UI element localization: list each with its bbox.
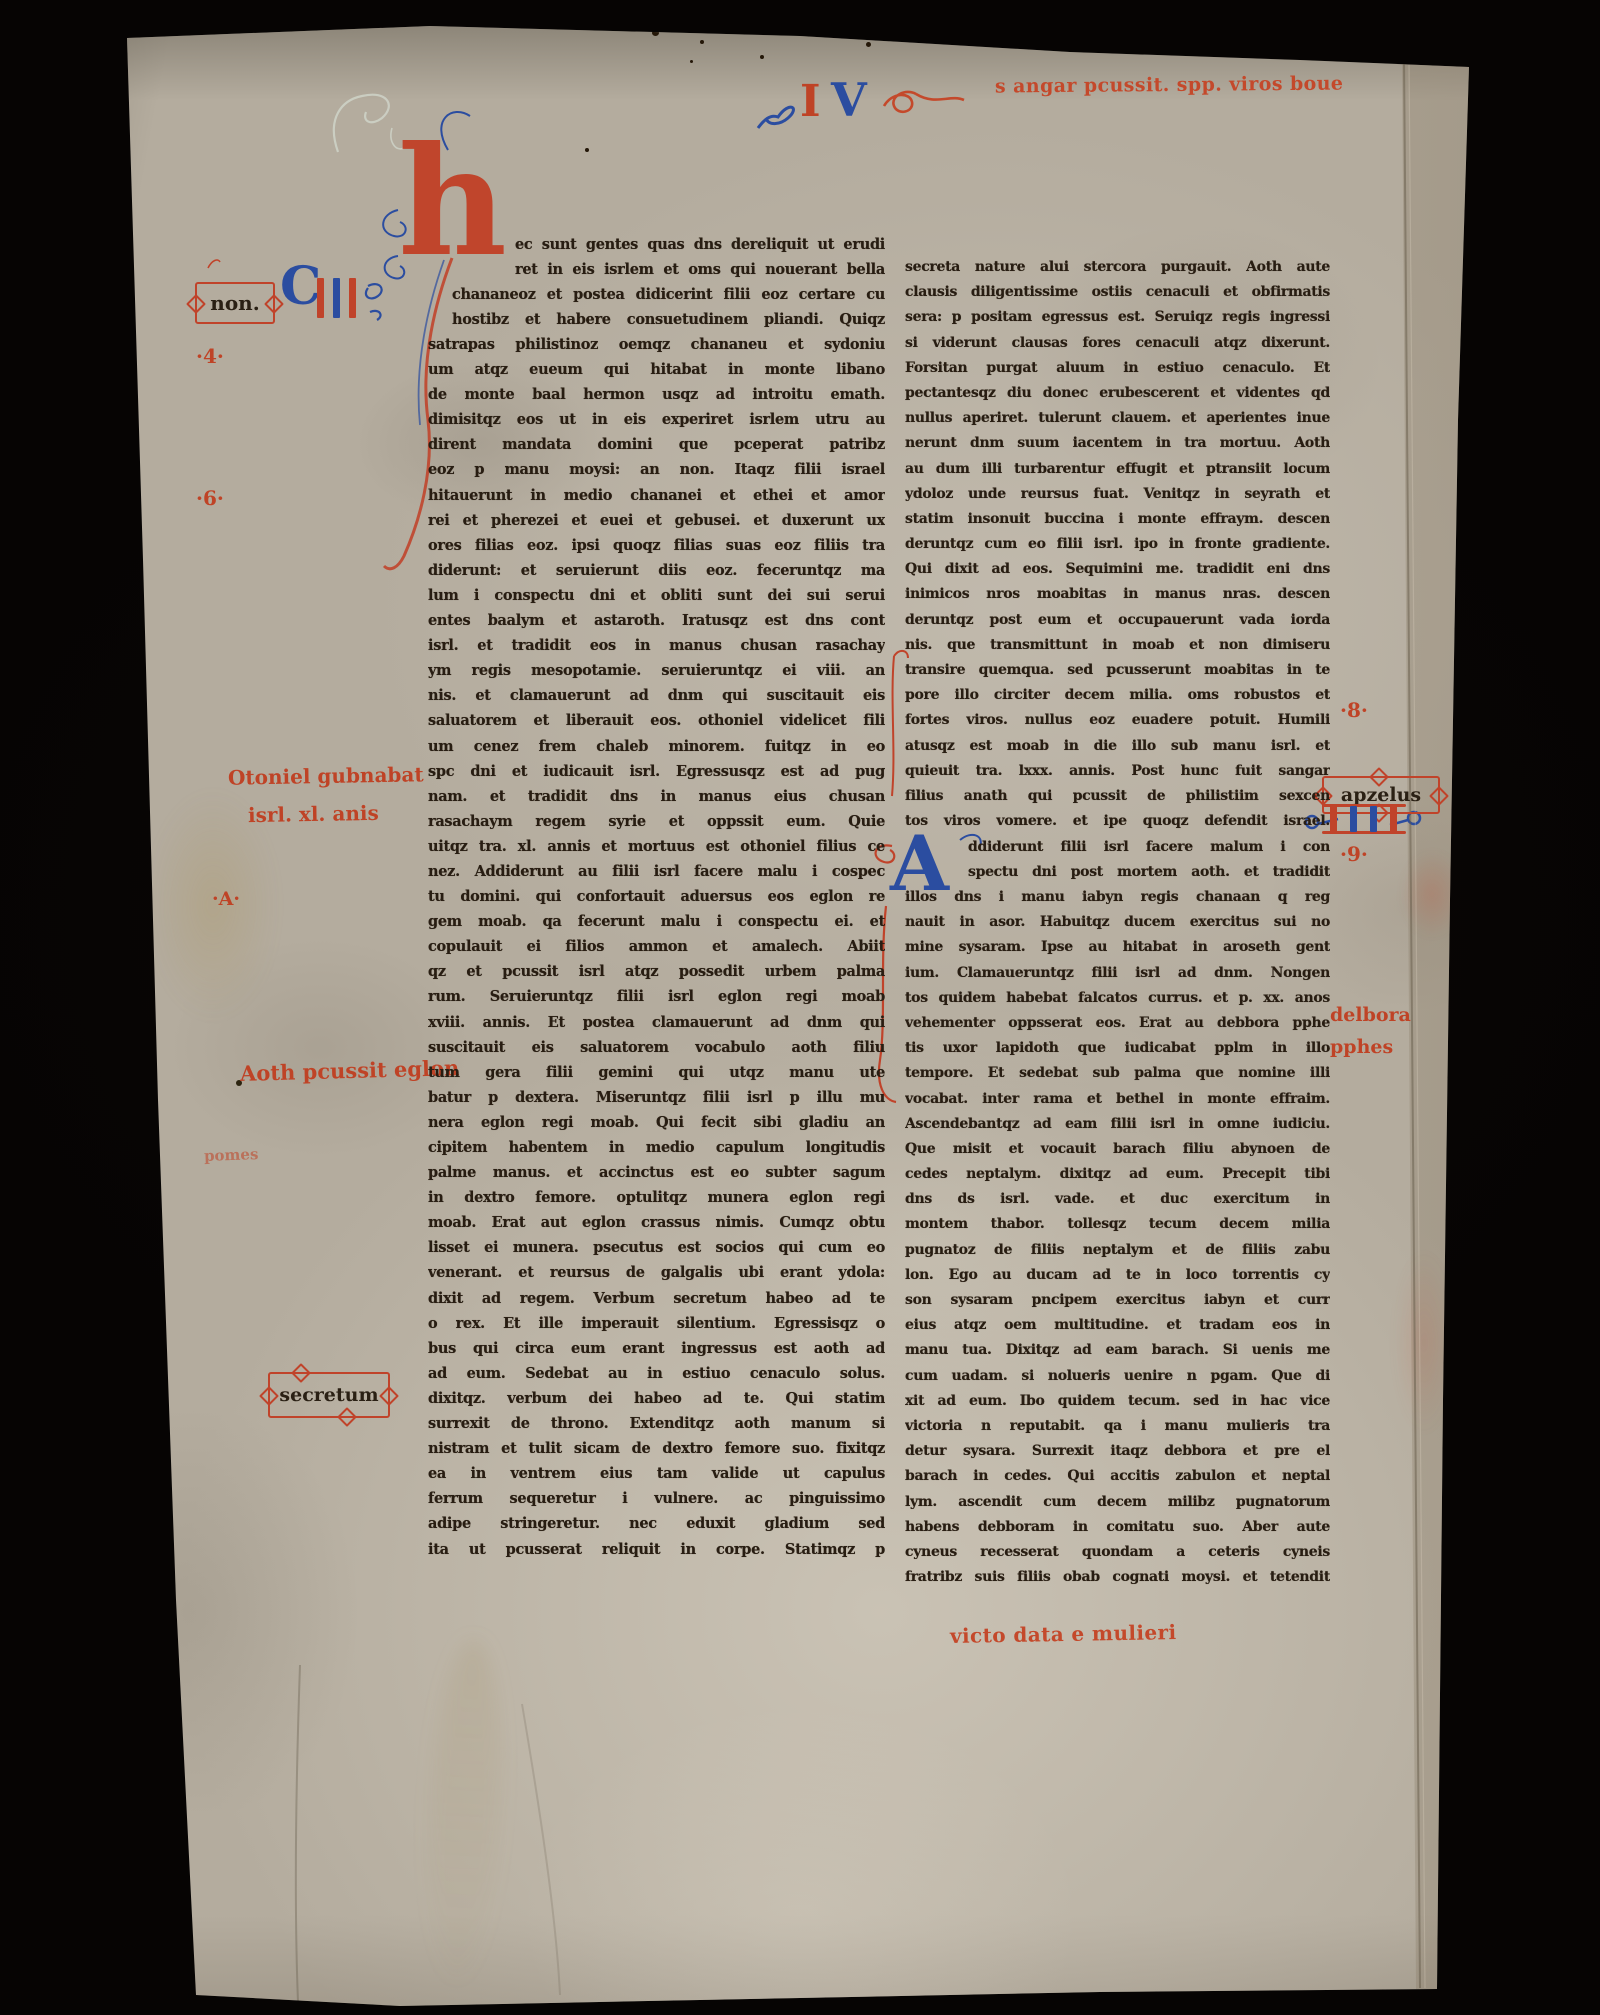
left-column-opening-lines: ec sunt gentes quas dns dereliquit ut er… bbox=[515, 232, 885, 282]
pomes-note: pomes bbox=[204, 1145, 259, 1165]
text-line: nerunt dnm suum iacentem in tra mortuu. … bbox=[905, 431, 1330, 456]
text-line: uitqz tra. xl. annis et mortuus est otho… bbox=[428, 834, 885, 859]
text-line: inimicos nros moabitas in manus nras. de… bbox=[905, 582, 1330, 607]
text-line: nam. et tradidit dns in manus eius chusa… bbox=[428, 784, 885, 809]
text-line: cum uadam. si nolueris uenire n pgam. Qu… bbox=[905, 1364, 1330, 1389]
text-line: nis. et clamauerunt ad dnm qui suscitaui… bbox=[428, 683, 885, 708]
text-line: dirent mandata domini que pceperat patri… bbox=[428, 432, 885, 457]
text-line: pore illo circiter decem milia. oms robu… bbox=[905, 683, 1330, 708]
text-line: nistram et tulit sicam de dextro femore … bbox=[428, 1436, 885, 1461]
right-column-body-b: illos dns i manu iabyn regis chanaan q r… bbox=[905, 885, 1330, 1590]
chapter-non-box: non. bbox=[195, 282, 275, 324]
numeral-stroke bbox=[1330, 806, 1337, 832]
header-numeral-i: I bbox=[800, 84, 821, 119]
text-line: xviii. annis. Et postea clamauerunt ad d… bbox=[428, 1010, 885, 1035]
text-line: ea in ventrem eius tam valide ut capulus bbox=[428, 1461, 885, 1486]
text-line: hostibz et habere consuetudinem pliandi.… bbox=[452, 307, 885, 332]
text-line: filius anath qui pcussit de philistiim s… bbox=[905, 784, 1330, 809]
text-line: tempore. Et sedebat sub palma que nomine… bbox=[905, 1061, 1330, 1086]
aoth-note: Aoth pcussit eglon bbox=[240, 1055, 460, 1086]
numeral-stroke bbox=[1350, 806, 1357, 832]
text-line: de monte baal hermon usqz ad introitu em… bbox=[428, 382, 885, 407]
text-line: ym regis mesopotamie. seruieruntqz ei vi… bbox=[428, 658, 885, 683]
capitulum-c: C bbox=[280, 266, 321, 308]
text-line: um cenez frem chaleb minorem. fuitqz in … bbox=[428, 734, 885, 759]
text-line: manu tua. Dixitqz ad eam barach. Si ueni… bbox=[905, 1338, 1330, 1363]
margin-mark-6: ·6· bbox=[196, 486, 224, 510]
secretum-box: secretum bbox=[268, 1372, 390, 1418]
text-line: tos quidem habebat falcatos currus. et p… bbox=[905, 986, 1330, 1011]
text-line: cipitem habentem in medio capulum longit… bbox=[428, 1135, 885, 1160]
text-line: venerant. et reursus de galgalis ubi era… bbox=[428, 1260, 885, 1285]
box-spike bbox=[291, 1363, 311, 1383]
text-line: dixit ad regem. Verbum secretum habeo ad… bbox=[428, 1286, 885, 1311]
ink-speck bbox=[690, 60, 693, 63]
text-line: lon. Ego au ducam ad te in loco torrenti… bbox=[905, 1263, 1330, 1288]
text-line: gem moab. qa fecerunt malu i conspectu e… bbox=[428, 909, 885, 934]
text-line: secreta nature alui stercora purgauit. A… bbox=[905, 255, 1330, 280]
thread-hair bbox=[334, 95, 404, 152]
text-line: lum i conspectu dni et obliti sunt dei s… bbox=[428, 583, 885, 608]
delbora-note-line2: pphes bbox=[1330, 1036, 1393, 1058]
bottom-streak-stain bbox=[421, 1638, 509, 1981]
right-column-chapter4-opening: ddiderunt filii isrl facere malum i cons… bbox=[968, 835, 1330, 885]
text-line: entes baalym et astaroth. Iratusqz est d… bbox=[428, 608, 885, 633]
margin-mark-a: ·A· bbox=[212, 888, 240, 910]
text-line: nullus aperiret. tulerunt clauem. et ape… bbox=[905, 406, 1330, 431]
otoniel-note-line2: isrl. xl. anis bbox=[248, 801, 379, 827]
ink-speck bbox=[668, 22, 673, 27]
text-line: um atqz eueum qui hitabat in monte liban… bbox=[428, 357, 885, 382]
right-column-body-a: secreta nature alui stercora purgauit. A… bbox=[905, 255, 1330, 834]
text-line: illos dns i manu iabyn regis chanaan q r… bbox=[905, 885, 1330, 910]
text-line: ec sunt gentes quas dns dereliquit ut er… bbox=[515, 232, 885, 257]
apzelus-label: apzelus bbox=[1341, 784, 1421, 806]
text-line: rum. Seruieruntqz filii isrl eglon regi … bbox=[428, 984, 885, 1009]
text-line: detur sysara. Surrexit itaqz debbora et … bbox=[905, 1439, 1330, 1464]
ink-speck bbox=[845, 30, 853, 37]
text-line: tis uxor lapidoth que iudicabat pplm in … bbox=[905, 1036, 1330, 1061]
text-line: diderunt: et seruierunt diis eoz. feceru… bbox=[428, 558, 885, 583]
footer-note: victo data e mulieri bbox=[950, 1620, 1177, 1648]
text-line: Ascendebantqz ad eam filii isrl in omne … bbox=[905, 1112, 1330, 1137]
text-line: au dum illi turbarentur effugit et ptran… bbox=[905, 457, 1330, 482]
ink-speck bbox=[652, 30, 659, 36]
otoniel-note-line1: Otoniel gubnabat bbox=[228, 762, 424, 789]
text-line: rei et pherezei et euei et gebusei. et d… bbox=[428, 508, 885, 533]
text-line: habens debboram in comitatu suo. Aber au… bbox=[905, 1515, 1330, 1540]
text-line: spc dni et iudicauit isrl. Egressusqz es… bbox=[428, 759, 885, 784]
capitulum-flourish bbox=[366, 284, 382, 320]
text-line: lym. ascendit cum decem milibz pugnatoru… bbox=[905, 1490, 1330, 1515]
text-line: ret in eis isrlem et oms qui nouerant be… bbox=[515, 257, 885, 282]
capitulum-stroke bbox=[317, 278, 324, 318]
ink-speck bbox=[760, 55, 764, 59]
text-line: Qui dixit ad eos. Sequimini me. tradidit… bbox=[905, 557, 1330, 582]
text-line: ydoloz unde reursus fuat. Venitqz in sey… bbox=[905, 482, 1330, 507]
text-line: quieuit tra. lxxx. annis. Post hunc fuit… bbox=[905, 759, 1330, 784]
text-line: cyneus recesserat quondam a ceteris cyne… bbox=[905, 1540, 1330, 1565]
numeral-stroke bbox=[1390, 806, 1397, 832]
text-line: nera eglon regi moab. Qui fecit sibi gla… bbox=[428, 1110, 885, 1135]
text-line: deruntqz post eum et occupauerunt vada i… bbox=[905, 608, 1330, 633]
left-column-indent-lines: chananeoz et postea didicerint filii eoz… bbox=[452, 282, 885, 332]
text-line: tu domini. qui confortauit aduersus eos … bbox=[428, 884, 885, 909]
text-line: Que misit et vocauit barach filiu abynoe… bbox=[905, 1137, 1330, 1162]
text-line: pugnatoz de filiis neptalym et de filiis… bbox=[905, 1238, 1330, 1263]
text-line: barach in cedes. Qui accitis zabulon et … bbox=[905, 1464, 1330, 1489]
text-line: tos viros vomere. et ipe quoqz defendit … bbox=[905, 809, 1330, 834]
text-line: nis. que transmittunt in moab et non dim… bbox=[905, 633, 1330, 658]
text-line: bus qui circa eum erant ingressus est ao… bbox=[428, 1336, 885, 1361]
secretum-label: secretum bbox=[279, 1384, 378, 1406]
margin-mark-9: ·9· bbox=[1340, 842, 1368, 866]
text-line: vehementer oppsserat eos. Erat au debbor… bbox=[905, 1011, 1330, 1036]
capitulum-stroke bbox=[349, 278, 356, 318]
ink-speck bbox=[700, 40, 704, 44]
text-line: pectantesqz diu donec erubescerent et vi… bbox=[905, 381, 1330, 406]
text-line: xit ad eum. Ibo quidem tecum. sed in hac… bbox=[905, 1389, 1330, 1414]
margin-mark-4: ·4· bbox=[196, 344, 224, 368]
text-line: qz et pcussit isrl atqz possedit urbem p… bbox=[428, 959, 885, 984]
text-line: montem thabor. tollesqz tecum decem mili… bbox=[905, 1212, 1330, 1237]
header-rubric: s angar pcussit. spp. viros boue bbox=[995, 72, 1344, 97]
initial-h: h bbox=[398, 142, 507, 262]
text-line: nauit in asor. Habuitqz ducem exercitus … bbox=[905, 910, 1330, 935]
box-spike bbox=[337, 1407, 357, 1427]
text-line: dixitqz. verbum dei habeo ad te. Qui sta… bbox=[428, 1386, 885, 1411]
text-line: nez. Addiderunt au filii isrl facere mal… bbox=[428, 859, 885, 884]
text-line: victoria n reputabit. qa i manu mulieris… bbox=[905, 1414, 1330, 1439]
text-line: satrapas philistinoz oemqz chananeu et s… bbox=[428, 332, 885, 357]
text-line: batur p dextera. Miseruntqz filii isrl p… bbox=[428, 1085, 885, 1110]
ink-speck bbox=[866, 42, 871, 47]
chapter-iiii-numeral bbox=[1322, 804, 1406, 834]
text-line: saluatorem et liberauit eos. othoniel vi… bbox=[428, 708, 885, 733]
capitulum-stroke bbox=[333, 278, 340, 318]
manuscript-photo: I V s angar pcussit. spp. viros boue non… bbox=[0, 0, 1600, 2015]
delbora-note-line1: delbora bbox=[1330, 1004, 1411, 1026]
margin-mark-8: ·8· bbox=[1340, 698, 1368, 722]
text-line: rasachaym regem syrie et oppssit eum. Qu… bbox=[428, 809, 885, 834]
text-line: cedes neptalym. dixitqz ad eum. Precepit… bbox=[905, 1162, 1330, 1187]
text-line: isrl. et tradidit eos in manus chusan ra… bbox=[428, 633, 885, 658]
text-line: adipe stringeretur. nec eduxit gladium s… bbox=[428, 1511, 885, 1536]
text-line: palme manus. et accinctus est eo subter … bbox=[428, 1160, 885, 1185]
parchment-leaf: I V s angar pcussit. spp. viros boue non… bbox=[0, 0, 1600, 2015]
text-line: ferrum sequeretur i vulnere. ac pinguiss… bbox=[428, 1486, 885, 1511]
text-line: copulauit ei filios ammon et amalech. Ab… bbox=[428, 934, 885, 959]
ink-speck bbox=[722, 26, 731, 34]
text-line: ium. Clamaueruntqz filii isrl ad dnm. No… bbox=[905, 961, 1330, 986]
header-numeral-v: V bbox=[831, 82, 867, 119]
text-line: dimisitqz eos ut in eis experiret isrlem… bbox=[428, 407, 885, 432]
text-line: dns ds isrl. vade. et duc exercitum in bbox=[905, 1187, 1330, 1212]
box-spike bbox=[186, 294, 206, 314]
text-line: tum gera filii gemini qui utqz manu ute bbox=[428, 1060, 885, 1085]
text-line: transire quemqua. sed pcusserunt moabita… bbox=[905, 658, 1330, 683]
text-line: chananeoz et postea didicerint filii eoz… bbox=[452, 282, 885, 307]
text-line: fortes viros. nullus eoz euadere potuit.… bbox=[905, 708, 1330, 733]
box-spike bbox=[379, 1386, 399, 1406]
text-line: eius atqz oem multitudine. et tradam eos… bbox=[905, 1313, 1330, 1338]
text-line: ddiderunt filii isrl facere malum i con bbox=[968, 835, 1330, 860]
text-line: statim insonuit buccina i monte effraym.… bbox=[905, 507, 1330, 532]
text-line: spectu dni post mortem aoth. et tradidit bbox=[968, 860, 1330, 885]
numeral-stroke bbox=[1370, 806, 1377, 832]
ink-speck bbox=[585, 148, 589, 152]
box-spike bbox=[259, 1386, 279, 1406]
header-red-flourish bbox=[884, 92, 964, 112]
text-line: ita ut pcusserat reliquit in corpe. Stat… bbox=[428, 1537, 885, 1562]
text-line: hitauerunt in medio chananei et ethei et… bbox=[428, 483, 885, 508]
text-line: mine sysaram. Ipse au hitabat in aroseth… bbox=[905, 935, 1330, 960]
text-line: fratribz suis filiis obab cognati moysi.… bbox=[905, 1565, 1330, 1590]
text-line: vocabat. inter rama et bethel in monte e… bbox=[905, 1087, 1330, 1112]
left-column-body: satrapas philistinoz oemqz chananeu et s… bbox=[428, 332, 885, 1562]
chapter-non-label: non. bbox=[210, 291, 259, 315]
text-line: moab. Erat aut eglon crassus nimis. Cumq… bbox=[428, 1210, 885, 1235]
text-line: suscitauit eis saluatorem vocabulo aoth … bbox=[428, 1035, 885, 1060]
text-line: sera: p positam egressus est. Seruiqz re… bbox=[905, 305, 1330, 330]
text-line: eoz p manu moysi: an non. Itaqz filii is… bbox=[428, 457, 885, 482]
non-box-tick bbox=[208, 260, 220, 268]
text-line: ad eum. Sedebat au in estiuo cenaculo so… bbox=[428, 1361, 885, 1386]
text-line: Forsitan purgat aluum in estiuo cenaculo… bbox=[905, 356, 1330, 381]
text-line: in dextro femore. optulitqz munera eglon… bbox=[428, 1185, 885, 1210]
text-line: lisset ei munera. psecutus est socios qu… bbox=[428, 1235, 885, 1260]
text-line: son sysaram pncipem exercitus iabyn et c… bbox=[905, 1288, 1330, 1313]
text-line: deruntqz cum eo filii isrl. ipo in front… bbox=[905, 532, 1330, 557]
text-line: ores filias eoz. ipsi quoqz filias suas … bbox=[428, 533, 885, 558]
text-line: si viderunt clausas fores cenaculi atqz … bbox=[905, 331, 1330, 356]
ink-speck bbox=[748, 20, 754, 26]
header-blue-flourish bbox=[758, 107, 793, 128]
text-line: o rex. Et ille imperauit silentium. Egre… bbox=[428, 1311, 885, 1336]
text-line: atusqz est moab in die illo sub manu isr… bbox=[905, 734, 1330, 759]
text-line: clausis diligentissime ostiis cenaculi e… bbox=[905, 280, 1330, 305]
text-line: surrexit de throno. Extenditqz aoth manu… bbox=[428, 1411, 885, 1436]
